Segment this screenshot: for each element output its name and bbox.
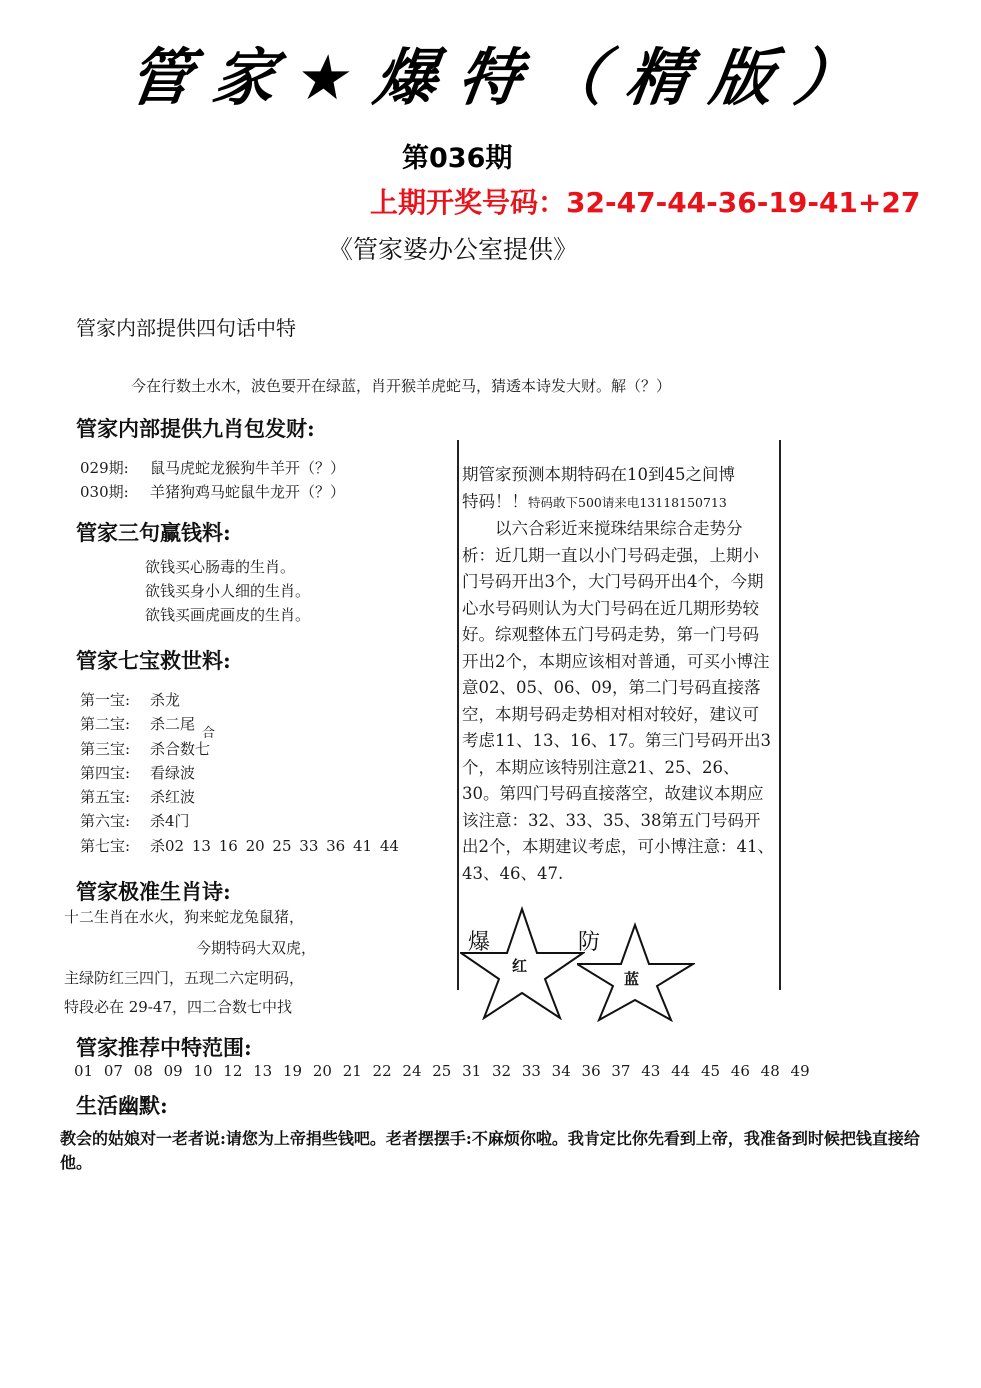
- star-inner-blue: 蓝: [624, 968, 639, 989]
- page-title: 管家★爆特（精版）: [124, 28, 886, 117]
- treasure-label: 第七宝:: [80, 834, 150, 858]
- nine-zodiac-row: 030期: 羊猪狗鸡马蛇鼠牛龙开（？）: [80, 481, 345, 505]
- treasure-label: 第二宝:: [80, 712, 150, 736]
- three-sentences-list: 欲钱买心肠毒的生肖。 欲钱买身小人细的生肖。 欲钱买画虎画皮的生肖。: [145, 555, 310, 627]
- phone-contact: 特码敢下500请来电13118150713: [528, 495, 727, 510]
- three-sentences-line: 欲钱买画虎画皮的生肖。: [145, 603, 310, 627]
- treasure-label: 第三宝:: [80, 737, 150, 761]
- seven-treasures-list: 第一宝:杀龙 第二宝:杀二尾 第三宝:杀合数七 第四宝:看绿波 第五宝:杀红波 …: [80, 688, 399, 858]
- four-sentences-heading: 管家内部提供四句话中特: [76, 312, 296, 341]
- star-label-guard: 防: [578, 925, 600, 956]
- treasure-value: 杀二尾: [150, 712, 195, 736]
- last-draw-numbers: 32-47-44-36-19-41+27: [566, 186, 920, 219]
- treasure-row: 第七宝:杀02 13 16 20 25 33 36 41 44: [80, 834, 399, 858]
- treasure-row: 第六宝:杀4门: [80, 809, 399, 833]
- nine-zodiac-list: 029期: 鼠马虎蛇龙猴狗牛羊开（？） 030期: 羊猪狗鸡马蛇鼠牛龙开（？）: [80, 457, 345, 505]
- zodiac-value: 羊猪狗鸡马蛇鼠牛龙开（？）: [150, 481, 345, 505]
- treasure-label: 第六宝:: [80, 809, 150, 833]
- analysis-line1: 期管家预测本期特码在10到45之间博: [462, 462, 774, 489]
- three-sentences-line: 欲钱买身小人细的生肖。: [145, 579, 310, 603]
- issue-number: 第036期: [402, 136, 512, 175]
- treasure-value: 杀红波: [150, 785, 195, 809]
- analysis-line2: 特码！！特码敢下500请来电13118150713: [462, 489, 774, 517]
- last-draw-label: 上期开奖号码：: [370, 186, 566, 219]
- treasure-value: 杀龙: [150, 688, 180, 712]
- three-sentences-heading: 管家三句赢钱料:: [76, 517, 231, 547]
- three-sentences-line: 欲钱买心肠毒的生肖。: [145, 555, 310, 579]
- poem-line: 特段必在 29-47，四二合数七中找: [64, 996, 292, 1017]
- recommended-numbers: 01 07 08 09 10 12 13 19 20 21 22 24 25 3…: [74, 1062, 810, 1080]
- period-label: 029期:: [80, 457, 150, 481]
- analysis-text: 期管家预测本期特码在10到45之间博 特码！！特码敢下500请来电1311815…: [462, 462, 774, 887]
- zodiac-poem-heading: 管家极准生肖诗:: [76, 876, 231, 906]
- zodiac-value: 鼠马虎蛇龙猴狗牛羊开（？）: [150, 457, 345, 481]
- four-sentences-text: 今在行数土水木，波色要开在绿蓝，肖开猴羊虎蛇马，猜透本诗发大财。解（？）: [131, 375, 671, 396]
- poem-line: 主绿防红三四门，五现二六定明码，: [64, 967, 304, 988]
- poem-line: 今期特码大双虎，: [196, 937, 316, 958]
- treasure-row: 第三宝:杀合数七: [80, 737, 399, 761]
- treasure-label: 第一宝:: [80, 688, 150, 712]
- treasure-row: 第五宝:杀红波: [80, 785, 399, 809]
- treasure-label: 第五宝:: [80, 785, 150, 809]
- last-draw-result: 上期开奖号码：32-47-44-36-19-41+27: [370, 181, 920, 221]
- humor-heading: 生活幽默:: [76, 1090, 168, 1120]
- treasure-value: 看绿波: [150, 761, 195, 785]
- treasure-label: 第四宝:: [80, 761, 150, 785]
- nine-zodiac-heading: 管家内部提供九肖包发财:: [76, 413, 315, 443]
- treasure-value: 杀4门: [150, 809, 190, 833]
- provider-line: 《管家婆办公室提供》: [328, 230, 578, 266]
- period-label: 030期:: [80, 481, 150, 505]
- poem-line: 十二生肖在水火，狗来蛇龙兔鼠猪，: [64, 906, 304, 927]
- humor-text: 教会的姑娘对一老者说:请您为上帝捐些钱吧。老者摆摆手:不麻烦你啦。我肯定比你先看…: [60, 1127, 950, 1175]
- seven-treasures-heading: 管家七宝救世料:: [76, 645, 231, 675]
- recommended-range-heading: 管家推荐中特范围:: [76, 1032, 252, 1062]
- treasure-row: 第二宝:杀二尾: [80, 712, 399, 736]
- star-inner-red: 红: [512, 955, 527, 976]
- nine-zodiac-row: 029期: 鼠马虎蛇龙猴狗牛羊开（？）: [80, 457, 345, 481]
- treasure-value: 杀合数七: [150, 737, 210, 761]
- treasure-value: 杀02 13 16 20 25 33 36 41 44: [150, 834, 399, 858]
- analysis-paragraph: 以六合彩近来搅珠结果综合走势分析：近几期一直以小门号码走强，上期小门号码开出3个…: [462, 516, 774, 887]
- star-label-explode: 爆: [468, 925, 490, 956]
- treasure-row: 第四宝:看绿波: [80, 761, 399, 785]
- annotation-mark: 合: [202, 722, 215, 741]
- treasure-row: 第一宝:杀龙: [80, 688, 399, 712]
- analysis-line2-main: 特码！！: [462, 492, 528, 511]
